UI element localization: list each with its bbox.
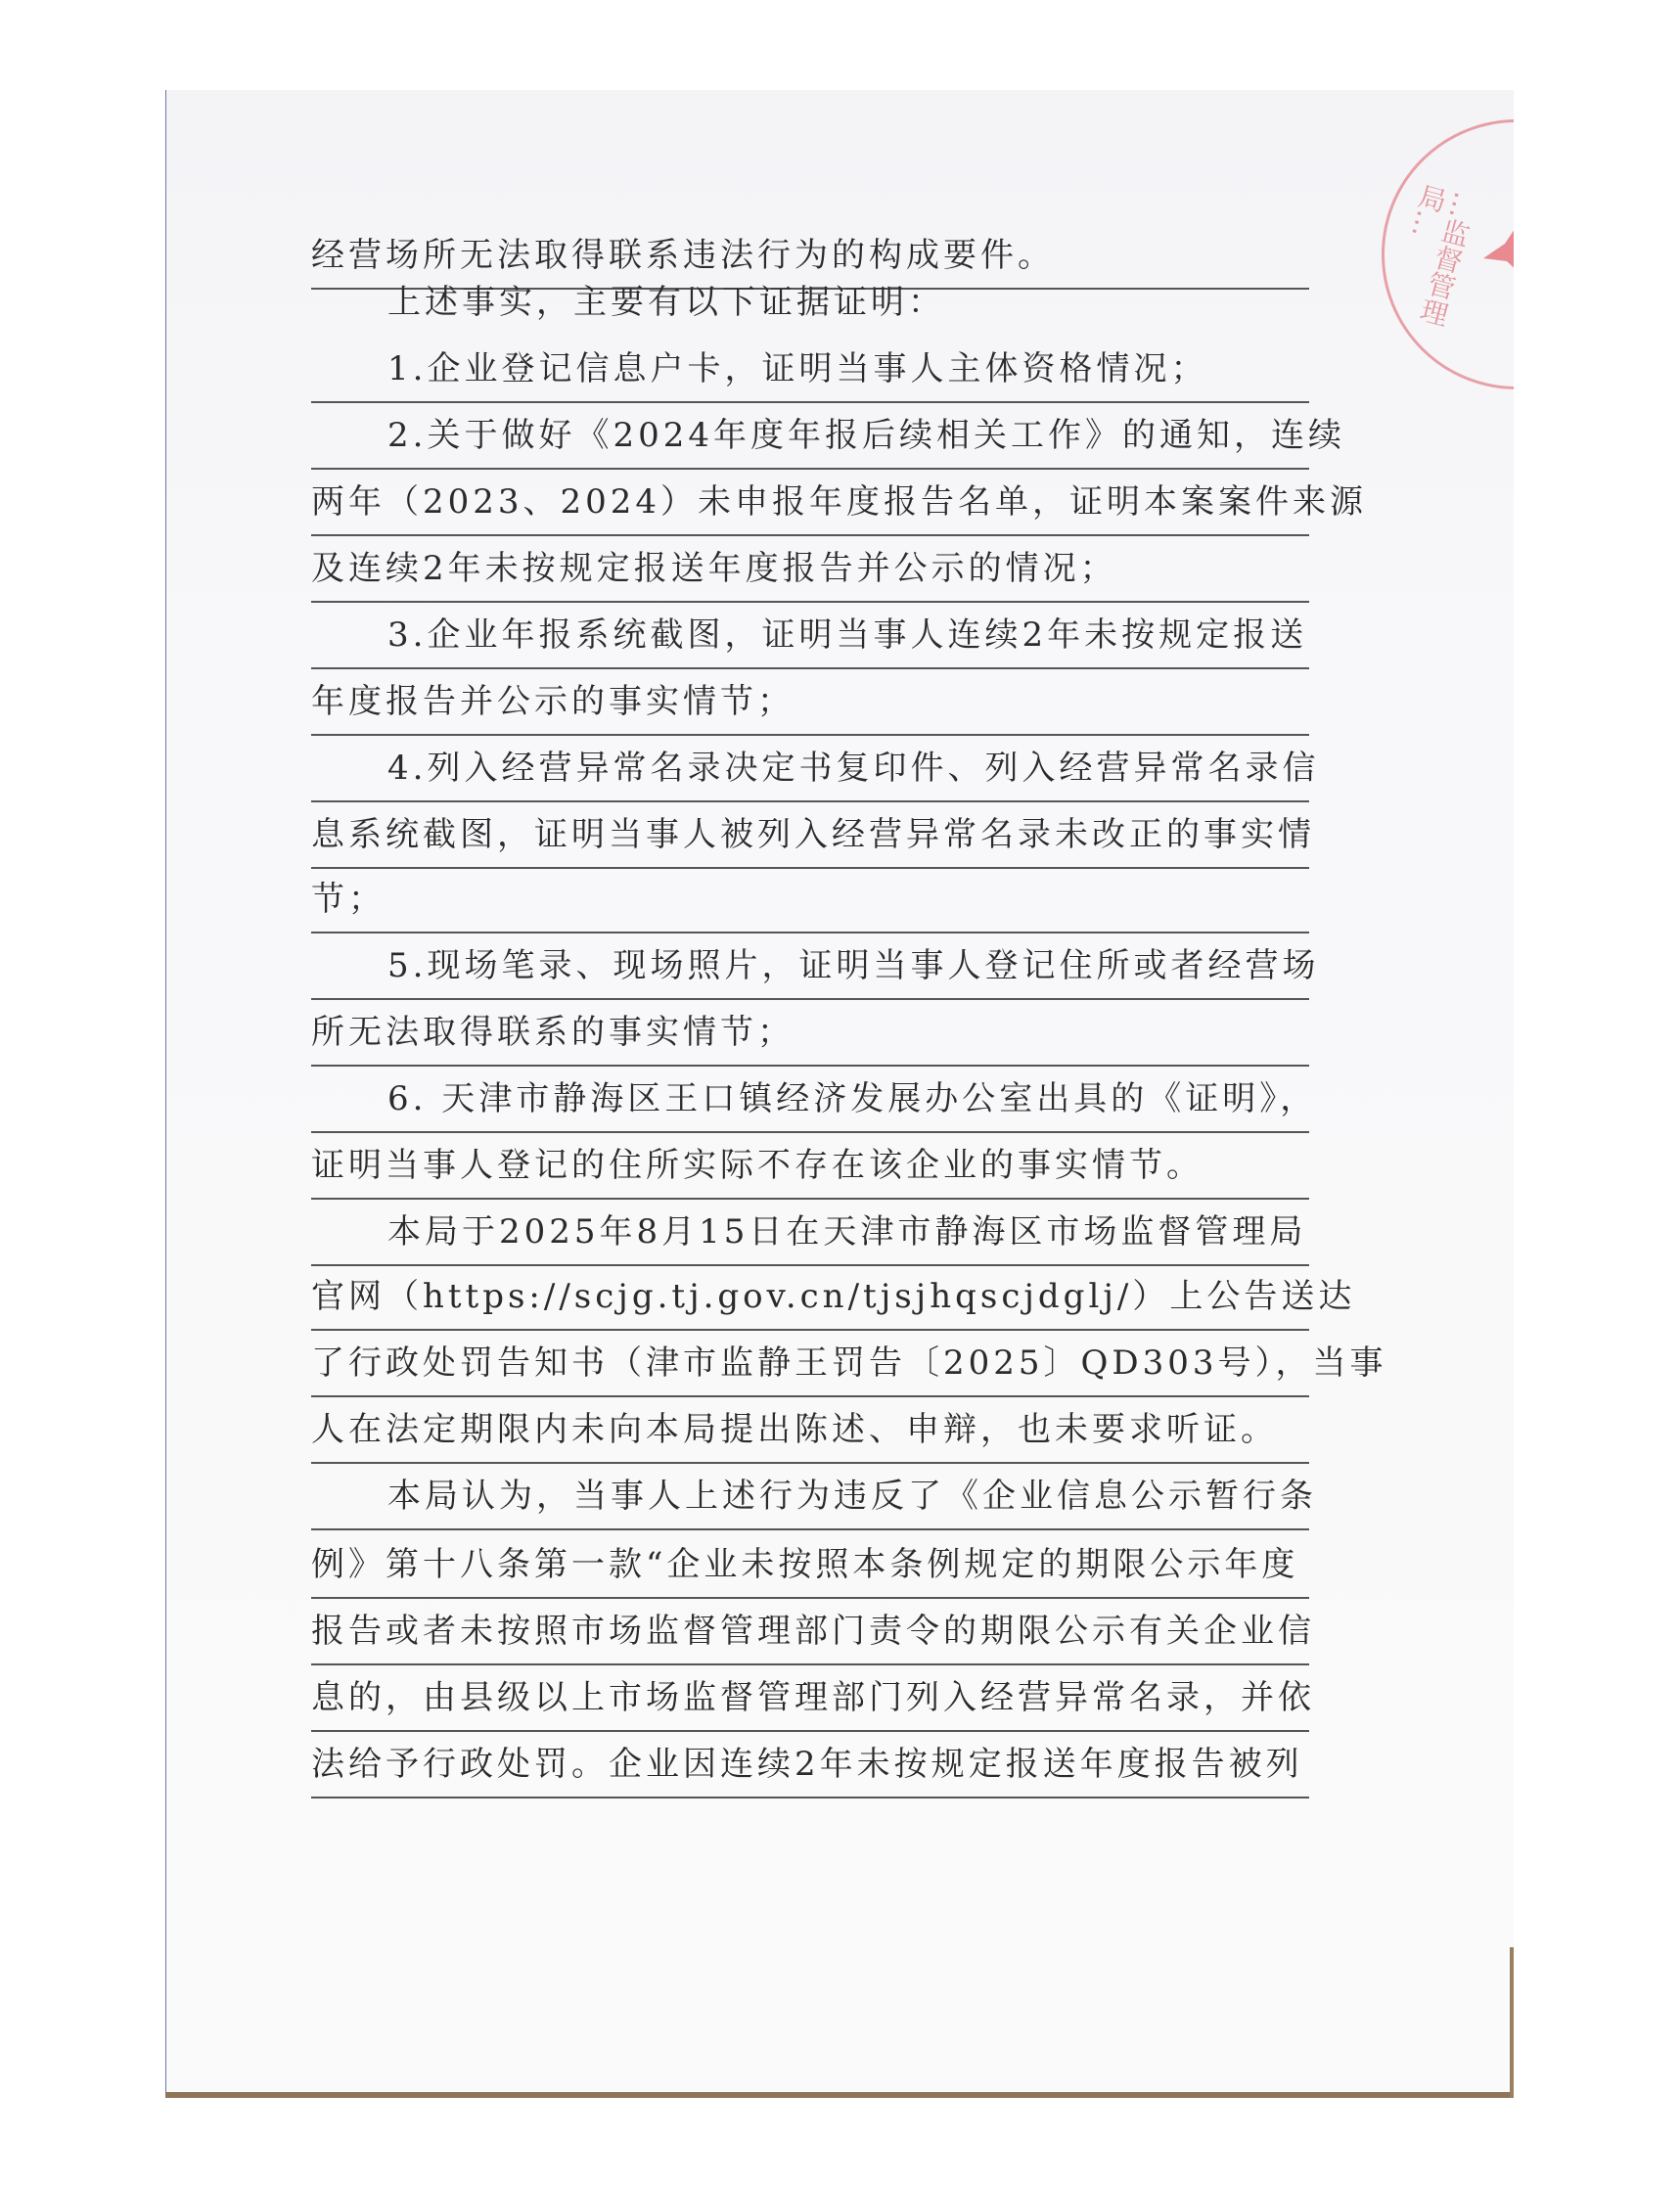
document-line: 2.关于做好《2024年度年报后续相关工作》的通知，连续	[311, 411, 1309, 470]
document-line: 息系统截图，证明当事人被列入经营异常名录未改正的事实情	[311, 810, 1309, 869]
document-line: 及连续2年未按规定报送年度报告并公示的情况；	[311, 544, 1309, 603]
document-line: 4.列入经营异常名录决定书复印件、列入经营异常名录信	[311, 744, 1309, 802]
document-line: 本局认为，当事人上述行为违反了《企业信息公示暂行条	[311, 1472, 1309, 1530]
document-line: 本局于2025年8月15日在天津市静海区市场监督管理局	[311, 1207, 1309, 1266]
document-line: 了行政处罚告知书（津市监静王罚告〔2025〕QD303号），当事	[311, 1339, 1309, 1397]
page-background-right	[1514, 0, 1680, 2185]
document-line: 3.企业年报系统截图，证明当事人连续2年未按规定报送	[311, 611, 1309, 669]
document-line: 证明当事人登记的住所实际不存在该企业的事实情节。	[311, 1141, 1309, 1200]
document-line: 法给予行政处罚。企业因连续2年未按规定报送年度报告被列	[311, 1740, 1309, 1798]
document-line: 所无法取得联系的事实情节；	[311, 1008, 1309, 1067]
document-line: 报告或者未按照市场监督管理部门责令的期限公示有关企业信	[311, 1607, 1309, 1665]
document-line: 两年（2023、2024）未申报年度报告名单，证明本案案件来源	[311, 478, 1309, 536]
document-line: 官网（https://scjg.tj.gov.cn/tjsjhqscjdglj/…	[311, 1272, 1309, 1331]
document-line: 1.企业登记信息户卡，证明当事人主体资格情况；	[311, 344, 1309, 403]
document-line: 息的，由县级以上市场监督管理部门列入经营异常名录，并依	[311, 1673, 1309, 1732]
document-line: 年度报告并公示的事实情节；	[311, 677, 1309, 736]
document-line: 5.现场笔录、现场照片，证明当事人登记住所或者经营场	[311, 941, 1309, 1000]
document-line: 节；	[311, 875, 1309, 933]
document-line: 人在法定期限内未向本局提出陈述、申辩，也未要求听证。	[311, 1405, 1309, 1464]
document-line: 上述事实，主要有以下证据证明：	[311, 278, 1309, 335]
document-line: 6. 天津市静海区王口镇经济发展办公室出具的《证明》，	[311, 1074, 1309, 1133]
document-line: 例》第十八条第一款“企业未按照本条例规定的期限公示年度	[311, 1540, 1309, 1599]
